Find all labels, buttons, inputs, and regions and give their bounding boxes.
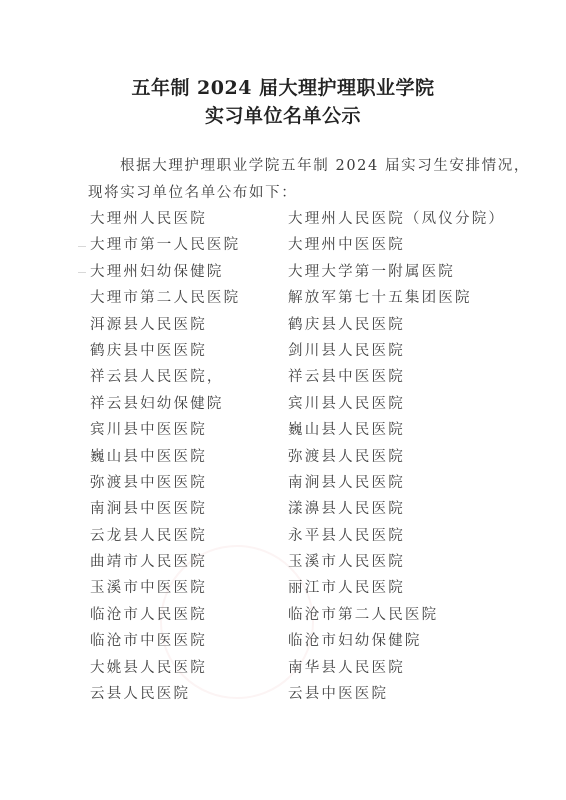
unit-name: 弥渡县人民医院 [288, 445, 405, 466]
list-row: 巍山县中医医院弥渡县人民医院 [0, 445, 566, 471]
unit-name: 剑川县人民医院 [288, 339, 405, 360]
intro-paragraph-line1: 根据大理护理职业学院五年制 2024 届实习生安排情况， [120, 154, 530, 175]
unit-name: 云县人民医院 [90, 682, 190, 703]
unit-name: 大理大学第一附属医院 [288, 260, 455, 281]
list-row: 祥云县人民医院，祥云县中医医院 [0, 365, 566, 391]
unit-name: 大理州人民医院 [90, 207, 207, 228]
unit-name: 玉溪市中医医院 [90, 576, 207, 597]
unit-name: 鹤庆县中医医院 [90, 339, 207, 360]
list-row: 洱源县人民医院鹤庆县人民医院 [0, 313, 566, 339]
list-row: 临沧市中医医院临沧市妇幼保健院 [0, 629, 566, 655]
list-row: 大理州人民医院大理州人民医院（凤仪分院） [0, 207, 566, 233]
list-row: 临沧市人民医院临沧市第二人民医院 [0, 603, 566, 629]
unit-name: 解放军第七十五集团医院 [288, 286, 472, 307]
list-row: 大理市第一人民医院大理州中医医院 [0, 233, 566, 259]
list-row: 大理市第二人民医院解放军第七十五集团医院 [0, 286, 566, 312]
document-title-line1: 五年制 2024 届大理护理职业学院 [0, 73, 566, 100]
list-row: 祥云县妇幼保健院宾川县人民医院 [0, 392, 566, 418]
unit-name: 云龙县人民医院 [90, 524, 207, 545]
unit-name: 鹤庆县人民医院 [288, 313, 405, 334]
unit-name: 巍山县人民医院 [288, 418, 405, 439]
unit-name: 云县中医医院 [288, 682, 388, 703]
list-row: 云县人民医院云县中医医院 [0, 682, 566, 708]
unit-name: 漾濞县人民医院 [288, 497, 405, 518]
unit-name: 祥云县人民医院， [90, 365, 224, 386]
unit-name: 宾川县中医医院 [90, 418, 207, 439]
unit-name: 临沧市第二人民医院 [288, 603, 438, 624]
unit-name: 大理市第一人民医院 [90, 233, 240, 254]
unit-name: 巍山县中医医院 [90, 445, 207, 466]
unit-name: 丽江市人民医院 [288, 576, 405, 597]
document-title-line2: 实习单位名单公示 [0, 101, 566, 128]
unit-name: 永平县人民医院 [288, 524, 405, 545]
list-row: 大理州妇幼保健院大理大学第一附属医院 [0, 260, 566, 286]
unit-name: 弥渡县中医医院 [90, 471, 207, 492]
intro-paragraph-line2: 现将实习单位名单公布如下： [88, 181, 297, 202]
list-row: 曲靖市人民医院玉溪市人民医院 [0, 550, 566, 576]
unit-name: 南华县人民医院 [288, 656, 405, 677]
unit-name: 玉溪市人民医院 [288, 550, 405, 571]
list-row: 鹤庆县中医医院剑川县人民医院 [0, 339, 566, 365]
unit-name: 洱源县人民医院 [90, 313, 207, 334]
list-row: 大姚县人民医院南华县人民医院 [0, 656, 566, 682]
list-row: 云龙县人民医院永平县人民医院 [0, 524, 566, 550]
unit-name: 南涧县中医医院 [90, 497, 207, 518]
list-row: 弥渡县中医医院南涧县人民医院 [0, 471, 566, 497]
unit-name: 大理州妇幼保健院 [90, 260, 224, 281]
unit-name: 大理州人民医院（凤仪分院） [288, 207, 505, 228]
list-row: 南涧县中医医院漾濞县人民医院 [0, 497, 566, 523]
internship-unit-list: 大理州人民医院大理州人民医院（凤仪分院） 大理市第一人民医院大理州中医医院 大理… [0, 207, 566, 708]
unit-name: 祥云县妇幼保健院 [90, 392, 224, 413]
unit-name: 宾川县人民医院 [288, 392, 405, 413]
unit-name: 大理州中医医院 [288, 233, 405, 254]
unit-name: 南涧县人民医院 [288, 471, 405, 492]
unit-name: 临沧市中医医院 [90, 629, 207, 650]
list-row: 玉溪市中医医院丽江市人民医院 [0, 576, 566, 602]
unit-name: 临沧市人民医院 [90, 603, 207, 624]
unit-name: 祥云县中医医院 [288, 365, 405, 386]
unit-name: 临沧市妇幼保健院 [288, 629, 422, 650]
list-row: 宾川县中医医院巍山县人民医院 [0, 418, 566, 444]
unit-name: 大理市第二人民医院 [90, 286, 240, 307]
unit-name: 曲靖市人民医院 [90, 550, 207, 571]
unit-name: 大姚县人民医院 [90, 656, 207, 677]
